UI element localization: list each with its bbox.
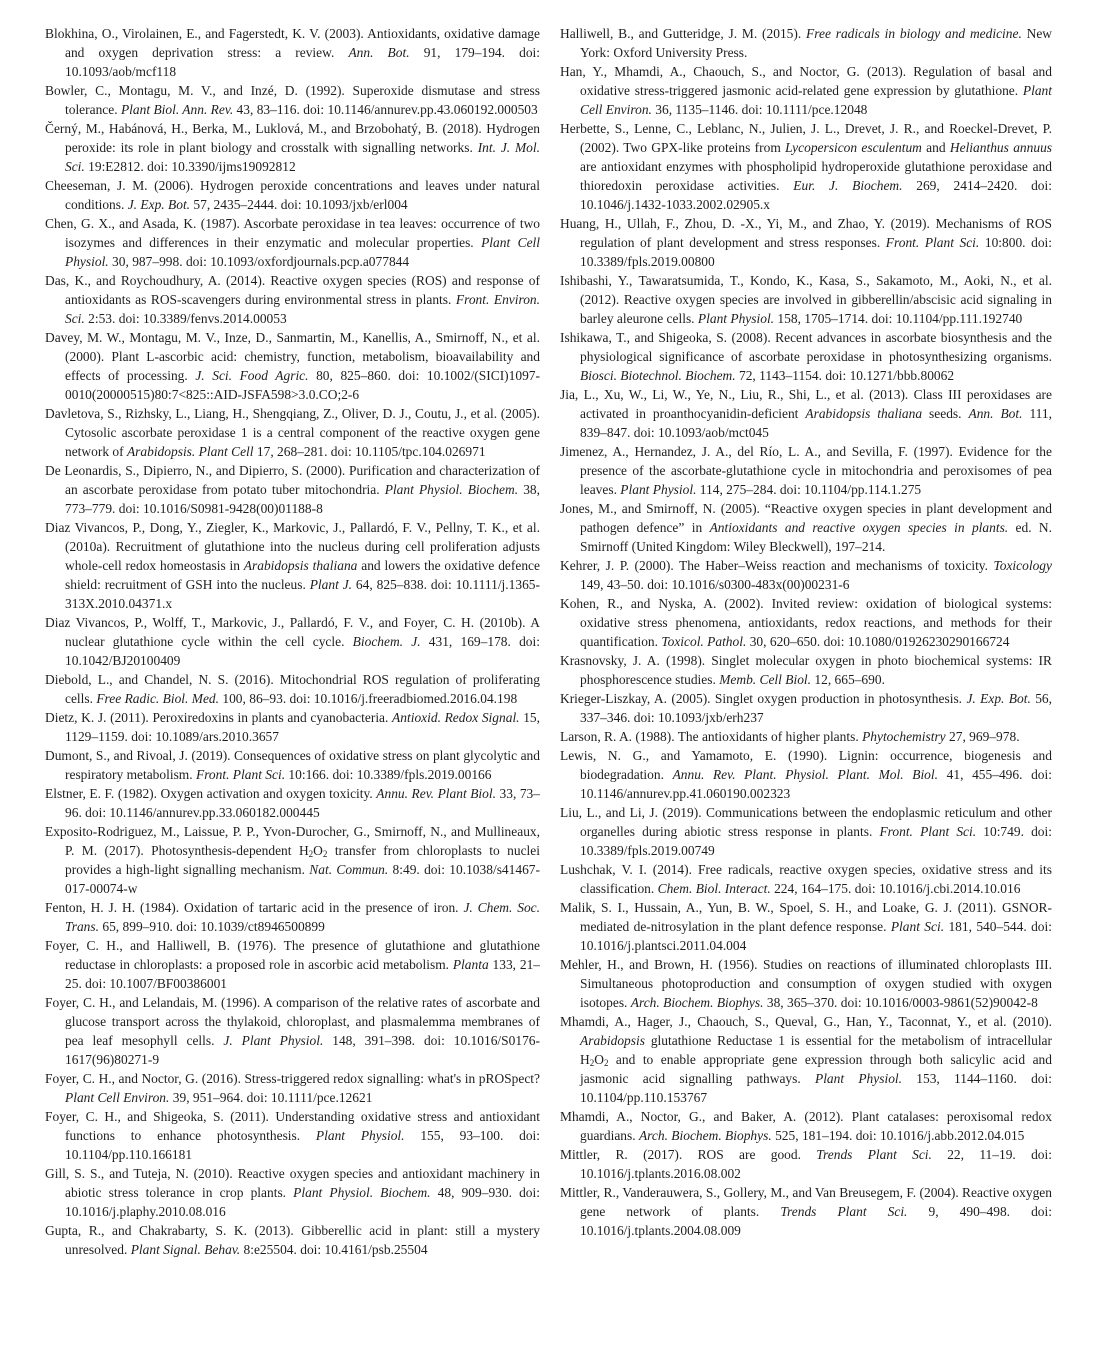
- reference-text: Elstner, E. F. (1982). Oxygen activation…: [45, 786, 376, 801]
- reference-entry: Bowler, C., Montagu, M. V., and Inzé, D.…: [45, 81, 540, 119]
- italic-text: Front. Plant Sci.: [879, 824, 976, 839]
- italic-text: J. Exp. Bot.: [966, 691, 1030, 706]
- reference-entry: Halliwell, B., and Gutteridge, J. M. (20…: [560, 24, 1052, 62]
- reference-text: Halliwell, B., and Gutteridge, J. M. (20…: [560, 26, 806, 41]
- italic-text: Trends Plant Sci.: [816, 1147, 932, 1162]
- reference-text: 43, 83–116. doi: 10.1146/annurev.pp.43.0…: [233, 102, 538, 117]
- italic-text: Chem. Biol. Interact.: [658, 881, 771, 896]
- reference-entry: Krasnovsky, J. A. (1998). Singlet molecu…: [560, 651, 1052, 689]
- reference-entry: Fenton, H. J. H. (1984). Oxidation of ta…: [45, 898, 540, 936]
- reference-entry: Ishikawa, T., and Shigeoka, S. (2008). R…: [560, 328, 1052, 385]
- reference-entry: Jia, L., Xu, W., Li, W., Ye, N., Liu, R.…: [560, 385, 1052, 442]
- reference-text: 38, 365–370. doi: 10.1016/0003-9861(52)9…: [764, 995, 1038, 1010]
- reference-entry: Diaz Vivancos, P., Dong, Y., Ziegler, K.…: [45, 518, 540, 613]
- reference-text: 36, 1135–1146. doi: 10.1111/pce.12048: [652, 102, 867, 117]
- italic-text: J. Exp. Bot.: [128, 197, 190, 212]
- reference-entry: Mehler, H., and Brown, H. (1956). Studie…: [560, 955, 1052, 1012]
- reference-text: 224, 164–175. doi: 10.1016/j.cbi.2014.10…: [771, 881, 1021, 896]
- italic-text: J. Sci. Food Agric.: [195, 368, 308, 383]
- reference-entry: Krieger-Liszkay, A. (2005). Singlet oxyg…: [560, 689, 1052, 727]
- reference-text: 39, 951–964. doi: 10.1111/pce.12621: [169, 1090, 372, 1105]
- reference-text: 114, 275–284. doi: 10.1104/pp.114.1.275: [696, 482, 921, 497]
- italic-text: Eur. J. Biochem.: [793, 178, 902, 193]
- italic-text: Plant Cell Environ.: [65, 1090, 169, 1105]
- reference-text: 72, 1143–1154. doi: 10.1271/bbb.80062: [736, 368, 954, 383]
- reference-text: 17, 268–281. doi: 10.1105/tpc.104.026971: [254, 444, 486, 459]
- reference-entry: Davletova, S., Rizhsky, L., Liang, H., S…: [45, 404, 540, 461]
- reference-entry: Dumont, S., and Rivoal, J. (2019). Conse…: [45, 746, 540, 784]
- italic-text: Helianthus annuus: [950, 140, 1052, 155]
- italic-text: Annu. Rev. Plant Biol.: [376, 786, 496, 801]
- italic-text: Antioxidants and reactive oxygen species…: [710, 520, 1009, 535]
- reference-entry: Gill, S. S., and Tuteja, N. (2010). Reac…: [45, 1164, 540, 1221]
- italic-text: Arabidopsis thaliana: [244, 558, 358, 573]
- reference-page: Blokhina, O., Virolainen, E., and Fagers…: [0, 0, 1100, 1360]
- reference-entry: Cheeseman, J. M. (2006). Hydrogen peroxi…: [45, 176, 540, 214]
- italic-text: Memb. Cell Biol.: [719, 672, 811, 687]
- reference-text: Ishikawa, T., and Shigeoka, S. (2008). R…: [560, 330, 1052, 364]
- reference-entry: Das, K., and Roychoudhury, A. (2014). Re…: [45, 271, 540, 328]
- reference-entry: Chen, G. X., and Asada, K. (1987). Ascor…: [45, 214, 540, 271]
- reference-text: 8:e25504. doi: 10.4161/psb.25504: [240, 1242, 427, 1257]
- italic-text: Phytochemistry: [862, 729, 946, 744]
- italic-text: Annu. Rev. Plant. Physiol. Plant. Mol. B…: [673, 767, 938, 782]
- italic-text: Plant Physiol.: [620, 482, 696, 497]
- italic-text: Plant Physiol. Biochem.: [385, 482, 518, 497]
- reference-text: and: [922, 140, 950, 155]
- reference-text: 30, 620–650. doi: 10.1080/01926230290166…: [746, 634, 1009, 649]
- reference-entry: Huang, H., Ullah, F., Zhou, D. -X., Yi, …: [560, 214, 1052, 271]
- reference-column-right: Halliwell, B., and Gutteridge, J. M. (20…: [560, 24, 1052, 1360]
- italic-text: Plant Physiol. Biochem.: [293, 1185, 430, 1200]
- reference-text: 27, 969–978.: [946, 729, 1020, 744]
- reference-entry: Jones, M., and Smirnoff, N. (2005). “Rea…: [560, 499, 1052, 556]
- italic-text: Trends Plant Sci.: [780, 1204, 907, 1219]
- reference-entry: Exposito-Rodriguez, M., Laissue, P. P., …: [45, 822, 540, 898]
- italic-text: Arch. Biochem. Biophys.: [631, 995, 764, 1010]
- reference-text: 19:E2812. doi: 10.3390/ijms19092812: [85, 159, 296, 174]
- italic-text: Arabidopsis: [580, 1033, 645, 1048]
- reference-entry: Lushchak, V. I. (2014). Free radicals, r…: [560, 860, 1052, 898]
- reference-entry: Lewis, N. G., and Yamamoto, E. (1990). L…: [560, 746, 1052, 803]
- reference-text: 100, 86–93. doi: 10.1016/j.freeradbiomed…: [219, 691, 517, 706]
- reference-entry: Mittler, R., Vanderauwera, S., Gollery, …: [560, 1183, 1052, 1240]
- italic-text: Arabidopsis thaliana: [805, 406, 922, 421]
- italic-text: Biosci. Biotechnol. Biochem.: [580, 368, 736, 383]
- reference-text: 149, 43–50. doi: 10.1016/s0300-483x(00)0…: [580, 577, 850, 592]
- reference-entry: Kohen, R., and Nyska, A. (2002). Invited…: [560, 594, 1052, 651]
- italic-text: Ann. Bot.: [969, 406, 1023, 421]
- reference-text: Dietz, K. J. (2011). Peroxiredoxins in p…: [45, 710, 392, 725]
- reference-entry: Diebold, L., and Chandel, N. S. (2016). …: [45, 670, 540, 708]
- reference-entry: Han, Y., Mhamdi, A., Chaouch, S., and No…: [560, 62, 1052, 119]
- reference-text: O: [313, 843, 323, 858]
- reference-entry: Dietz, K. J. (2011). Peroxiredoxins in p…: [45, 708, 540, 746]
- reference-text: 2:53. doi: 10.3389/fenvs.2014.00053: [85, 311, 287, 326]
- reference-entry: Foyer, C. H., and Halliwell, B. (1976). …: [45, 936, 540, 993]
- reference-text: seeds.: [922, 406, 968, 421]
- reference-entry: Malik, S. I., Hussain, A., Yun, B. W., S…: [560, 898, 1052, 955]
- italic-text: Nat. Commun.: [309, 862, 388, 877]
- italic-text: Front. Plant Sci.: [196, 767, 285, 782]
- reference-text: Mittler, R. (2017). ROS are good.: [560, 1147, 816, 1162]
- reference-entry: Liu, L., and Li, J. (2019). Communicatio…: [560, 803, 1052, 860]
- reference-text: Kehrer, J. P. (2000). The Haber–Weiss re…: [560, 558, 994, 573]
- reference-text: Chen, G. X., and Asada, K. (1987). Ascor…: [45, 216, 540, 250]
- reference-text: 158, 1705–1714. doi: 10.1104/pp.111.1927…: [774, 311, 1022, 326]
- reference-text: 10:166. doi: 10.3389/fpls.2019.00166: [285, 767, 491, 782]
- reference-text: Mhamdi, A., Hager, J., Chaouch, S., Quev…: [560, 1014, 1052, 1029]
- reference-entry: Foyer, C. H., and Lelandais, M. (1996). …: [45, 993, 540, 1069]
- reference-entry: Mittler, R. (2017). ROS are good. Trends…: [560, 1145, 1052, 1183]
- reference-column-left: Blokhina, O., Virolainen, E., and Fagers…: [45, 24, 540, 1360]
- reference-text: Han, Y., Mhamdi, A., Chaouch, S., and No…: [560, 64, 1052, 98]
- reference-entry: Elstner, E. F. (1982). Oxygen activation…: [45, 784, 540, 822]
- reference-entry: Gupta, R., and Chakrabarty, S. K. (2013)…: [45, 1221, 540, 1259]
- reference-text: 65, 899–910. doi: 10.1039/ct8946500899: [99, 919, 325, 934]
- reference-entry: Jimenez, A., Hernandez, J. A., del Río, …: [560, 442, 1052, 499]
- italic-text: Biochem. J.: [353, 634, 421, 649]
- reference-text: 57, 2435–2444. doi: 10.1093/jxb/erl004: [190, 197, 408, 212]
- reference-text: O: [594, 1052, 604, 1067]
- italic-text: Toxicol. Pathol.: [661, 634, 746, 649]
- reference-text: Larson, R. A. (1988). The antioxidants o…: [560, 729, 862, 744]
- italic-text: Plant Physiol.: [316, 1128, 405, 1143]
- reference-entry: Blokhina, O., Virolainen, E., and Fagers…: [45, 24, 540, 81]
- reference-text: Krieger-Liszkay, A. (2005). Singlet oxyg…: [560, 691, 966, 706]
- italic-text: Lycopersicon esculentum: [785, 140, 922, 155]
- italic-text: Antioxid. Redox Signal.: [392, 710, 520, 725]
- reference-entry: Foyer, C. H., and Noctor, G. (2016). Str…: [45, 1069, 540, 1107]
- italic-text: Plant Physiol.: [815, 1071, 902, 1086]
- italic-text: Plant Cell: [199, 444, 254, 459]
- reference-entry: Mhamdi, A., Hager, J., Chaouch, S., Quev…: [560, 1012, 1052, 1107]
- reference-entry: Černý, M., Habánová, H., Berka, M., Lukl…: [45, 119, 540, 176]
- italic-text: Front. Plant Sci.: [886, 235, 980, 250]
- italic-text: Plant Physiol.: [698, 311, 774, 326]
- reference-text: Černý, M., Habánová, H., Berka, M., Lukl…: [45, 121, 540, 155]
- reference-entry: Kehrer, J. P. (2000). The Haber–Weiss re…: [560, 556, 1052, 594]
- italic-text: Toxicology: [994, 558, 1052, 573]
- italic-text: Plant J.: [310, 577, 352, 592]
- reference-text: 12, 665–690.: [811, 672, 885, 687]
- reference-entry: Herbette, S., Lenne, C., Leblanc, N., Ju…: [560, 119, 1052, 214]
- italic-text: Free Radic. Biol. Med.: [96, 691, 219, 706]
- reference-text: 30, 987–998. doi: 10.1093/oxfordjournals…: [109, 254, 409, 269]
- reference-entry: Ishibashi, Y., Tawaratsumida, T., Kondo,…: [560, 271, 1052, 328]
- reference-entry: Diaz Vivancos, P., Wolff, T., Markovic, …: [45, 613, 540, 670]
- reference-entry: Larson, R. A. (1988). The antioxidants o…: [560, 727, 1052, 746]
- italic-text: Free radicals in biology and medicine.: [806, 26, 1022, 41]
- reference-entry: Mhamdi, A., Noctor, G., and Baker, A. (2…: [560, 1107, 1052, 1145]
- reference-entry: Davey, M. W., Montagu, M. V., Inze, D., …: [45, 328, 540, 404]
- reference-text: Foyer, C. H., and Noctor, G. (2016). Str…: [45, 1071, 540, 1086]
- italic-text: Plant Signal. Behav.: [131, 1242, 240, 1257]
- reference-text: 525, 181–194. doi: 10.1016/j.abb.2012.04…: [772, 1128, 1025, 1143]
- italic-text: J. Plant Physiol.: [223, 1033, 323, 1048]
- italic-text: Planta: [453, 957, 489, 972]
- italic-text: Plant Sci.: [891, 919, 944, 934]
- reference-entry: Foyer, C. H., and Shigeoka, S. (2011). U…: [45, 1107, 540, 1164]
- italic-text: Plant Biol. Ann. Rev.: [121, 102, 233, 117]
- reference-text: Fenton, H. J. H. (1984). Oxidation of ta…: [45, 900, 463, 915]
- italic-text: Ann. Bot.: [348, 45, 409, 60]
- italic-text: Arch. Biochem. Biophys.: [639, 1128, 772, 1143]
- italic-text: Arabidopsis.: [127, 444, 195, 459]
- reference-entry: De Leonardis, S., Dipierro, N., and Dipi…: [45, 461, 540, 518]
